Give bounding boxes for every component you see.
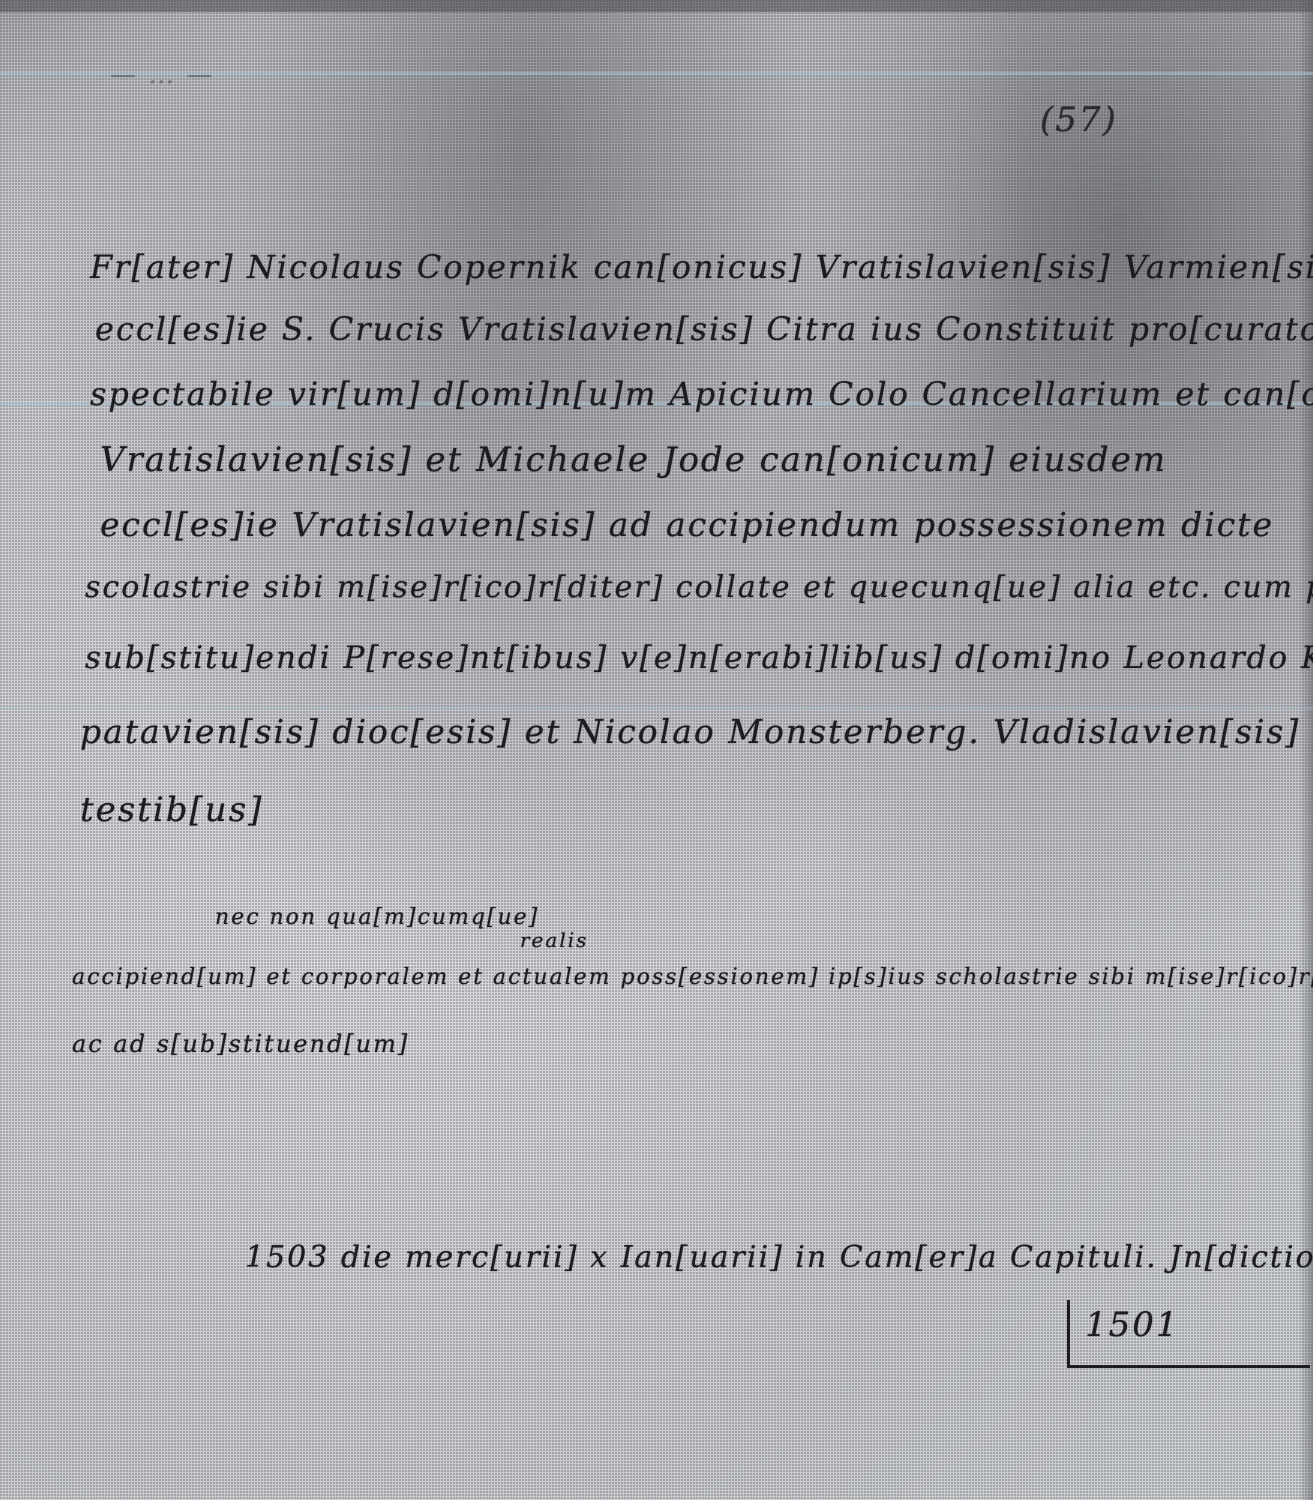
addendum-line-2: ac ad s[ub]stituend[um] [72, 1030, 409, 1058]
text-line-6: scolastrie sibi m[ise]r[ico]r[diter] col… [85, 570, 1313, 605]
manuscript-page: — … — (57) Fr[ater] Nicolaus Copernik ca… [0, 0, 1313, 1500]
text-line-1: Fr[ater] Nicolaus Copernik can[onicus] V… [90, 248, 1313, 286]
scan-artifact-line [0, 707, 1313, 710]
text-line-5: eccl[es]ie Vratislavien[sis] ad accipien… [100, 505, 1274, 544]
text-line-7: sub[stitu]endi P[rese]nt[ibus] v[e]n[era… [85, 640, 1313, 676]
text-line-4: Vratislavien[sis] et Michaele Jode can[o… [100, 440, 1167, 480]
text-line-2: eccl[es]ie S. Crucis Vratislavien[sis] C… [95, 310, 1313, 348]
date-line: 1503 die merc[urii] x Ian[uarii] in Cam[… [245, 1240, 1313, 1275]
addendum-line-1: accipiend[um] et corporalem et actualem … [72, 965, 1313, 990]
interlinear-insertion-2: realis [520, 928, 588, 952]
text-line-3: spectabile vir[um] d[omi]n[u]m Apicium C… [90, 375, 1313, 413]
folio-number: (57) [1040, 100, 1118, 140]
scan-top-edge [0, 0, 1313, 12]
text-line-8: patavien[sis] dioc[esis] et Nicolao Mons… [80, 712, 1313, 751]
boxed-year: 1501 [1085, 1305, 1180, 1345]
text-line-9: testib[us] [80, 790, 263, 830]
interlinear-insertion-1: nec non qua[m]cumq[ue] [215, 905, 539, 930]
faint-top-scribble: — … — [110, 60, 215, 90]
